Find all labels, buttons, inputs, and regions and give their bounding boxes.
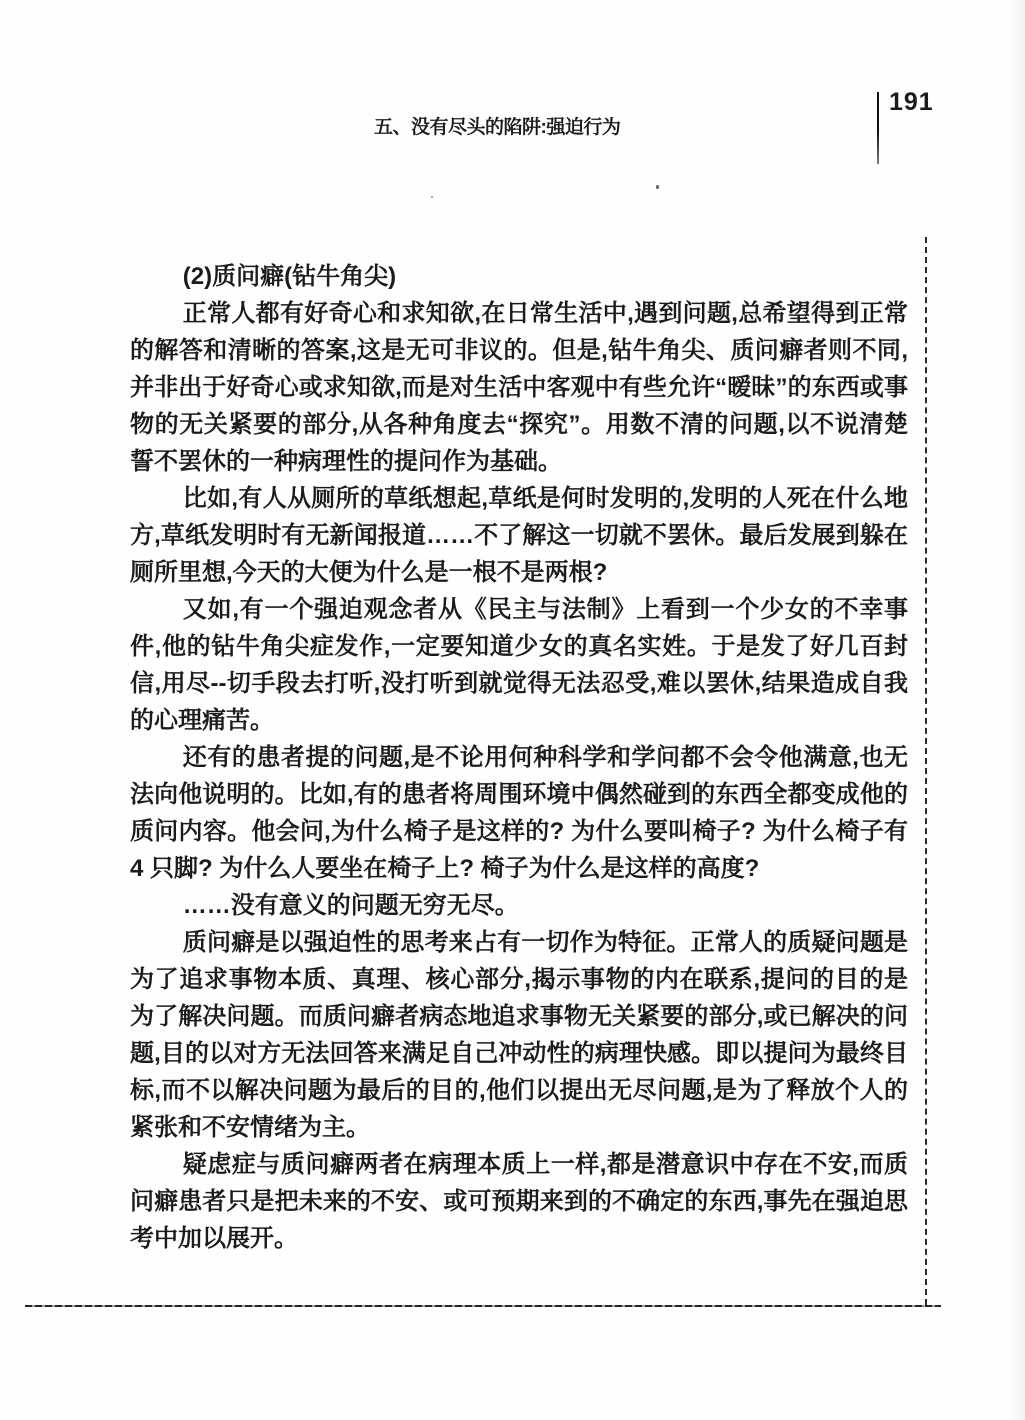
section-heading: (2)质问癖(钻牛角尖) [130, 258, 908, 295]
running-header: 五、没有尽头的陷阱:强迫行为 [374, 112, 620, 139]
scan-speck [431, 196, 433, 198]
page-number-divider-line [877, 92, 879, 164]
paragraph-6: 质问癖是以强迫性的思考来占有一切作为特征。正常人的质疑问题是为了追求事物本质、真… [130, 924, 908, 1146]
book-page: 五、没有尽头的陷阱:强迫行为 191 (2)质问癖(钻牛角尖) 正常人都有好奇心… [0, 0, 1025, 1420]
paragraph-1: 正常人都有好奇心和求知欲,在日常生活中,遇到问题,总希望得到正常的解答和清晰的答… [130, 295, 908, 480]
page-body: (2)质问癖(钻牛角尖) 正常人都有好奇心和求知欲,在日常生活中,遇到问题,总希… [130, 258, 908, 1257]
scan-speck [656, 185, 659, 189]
right-margin-rule-line [925, 237, 927, 1305]
page-number: 191 [889, 88, 934, 117]
paragraph-3: 又如,有一个强迫观念者从《民主与法制》上看到一个少女的不幸事件,他的钻牛角尖症发… [130, 591, 908, 739]
paragraph-4: 还有的患者提的问题,是不论用何种科学和学问都不会令他满意,也无法向他说明的。比如… [130, 739, 908, 887]
paragraph-2: 比如,有人从厕所的草纸想起,草纸是何时发明的,发明的人死在什么地方,草纸发明时有… [130, 480, 908, 591]
paragraph-5: ……没有意义的问题无穷无尽。 [130, 887, 908, 924]
scan-edge-shadow [1009, 0, 1025, 1420]
paragraph-7: 疑虑症与质问癖两者在病理本质上一样,都是潜意识中存在不安,而质问癖患者只是把未来… [130, 1146, 908, 1257]
footer-rule-line [25, 1305, 941, 1307]
